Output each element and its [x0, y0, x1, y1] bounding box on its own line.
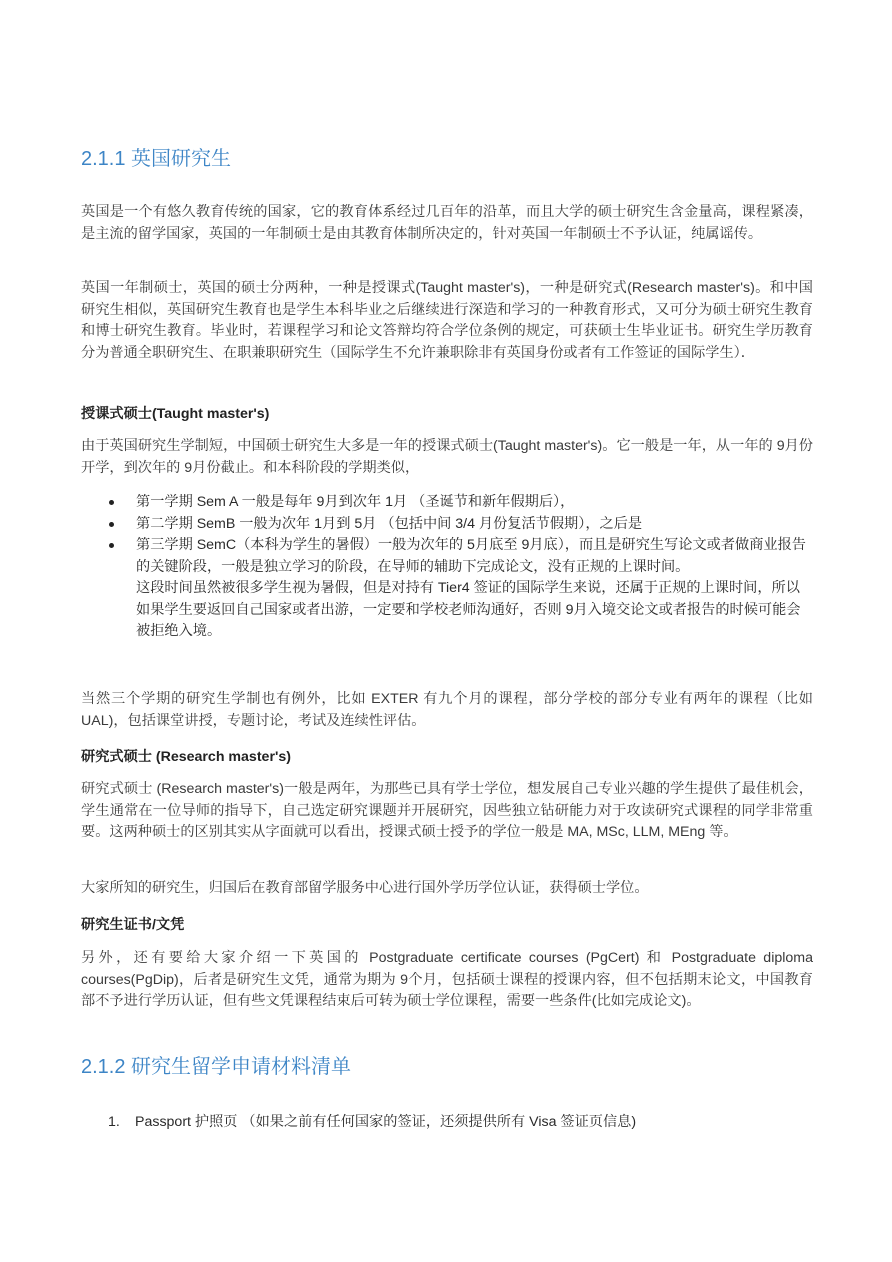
semester-text: 第三学期 SemC（本科为学生的暑假）一般为次年的 5月底至 9月底），而且是研…	[136, 537, 806, 575]
materials-item-text: Passport 护照页 （如果之前有任何国家的签证，还须提供所有 Visa 签…	[135, 1114, 636, 1130]
bullet-icon	[109, 543, 114, 548]
subheading-taught-masters: 授课式硕士(Taught master's)	[81, 403, 269, 423]
materials-list: 1.Passport 护照页 （如果之前有任何国家的签证，还须提供所有 Visa…	[108, 1111, 636, 1131]
semester-list: 第一学期 Sem A 一般是每年 9月到次年 1月 （圣诞节和新年假期后）， 第…	[109, 492, 813, 643]
certificate-paragraph: 另外，还有要给大家介绍一下英国的 Postgraduate certificat…	[81, 948, 813, 1013]
semester-text: 第一学期 Sem A 一般是每年 9月到次年 1月 （圣诞节和新年假期后），	[136, 494, 574, 510]
bullet-icon	[109, 500, 114, 505]
subheading-certificate-diploma: 研究生证书/文凭	[81, 914, 184, 934]
masters-types-paragraph: 英国一年制硕士，英国的硕士分两种，一种是授课式(Taught master's)…	[81, 278, 813, 364]
bullet-icon	[109, 522, 114, 527]
semester-text: 第二学期 SemB 一般为次年 1月到 5月 （包括中间 3/4 月份复活节假期…	[136, 516, 642, 532]
materials-item-passport: 1.Passport 护照页 （如果之前有任何国家的签证，还须提供所有 Visa…	[108, 1111, 636, 1131]
section-heading-application-materials: 2.1.2 研究生留学申请材料清单	[81, 1050, 351, 1079]
intro-paragraph: 英国是一个有悠久教育传统的国家，它的教育体系经过几百年的沿革，而且大学的硕士研究…	[81, 202, 813, 245]
section-heading-uk-postgraduate: 2.1.1 英国研究生	[81, 142, 231, 171]
semester-item-c: 第三学期 SemC（本科为学生的暑假）一般为次年的 5月底至 9月底），而且是研…	[109, 535, 813, 643]
subheading-research-masters: 研究式硕士 (Research master's)	[81, 746, 291, 766]
degree-recognition-paragraph: 大家所知的研究生，归国后在教育部留学服务中心进行国外学历学位认证，获得硕士学位。	[81, 878, 813, 900]
taught-masters-paragraph: 由于英国研究生学制短，中国硕士研究生大多是一年的授课式硕士(Taught mas…	[81, 436, 813, 479]
semester-item-b: 第二学期 SemB 一般为次年 1月到 5月 （包括中间 3/4 月份复活节假期…	[109, 514, 813, 536]
semester-c-note: 这段时间虽然被很多学生视为暑假，但是对持有 Tier4 签证的国际学生来说，还属…	[136, 578, 813, 643]
exception-paragraph: 当然三个学期的研究生学制也有例外，比如 EXTER 有九个月的课程，部分学校的部…	[81, 689, 813, 732]
research-masters-paragraph: 研究式硕士 (Research master's)一般是两年，为那些已具有学士学…	[81, 779, 813, 844]
semester-item-a: 第一学期 Sem A 一般是每年 9月到次年 1月 （圣诞节和新年假期后），	[109, 492, 813, 514]
list-number: 1.	[108, 1114, 135, 1130]
